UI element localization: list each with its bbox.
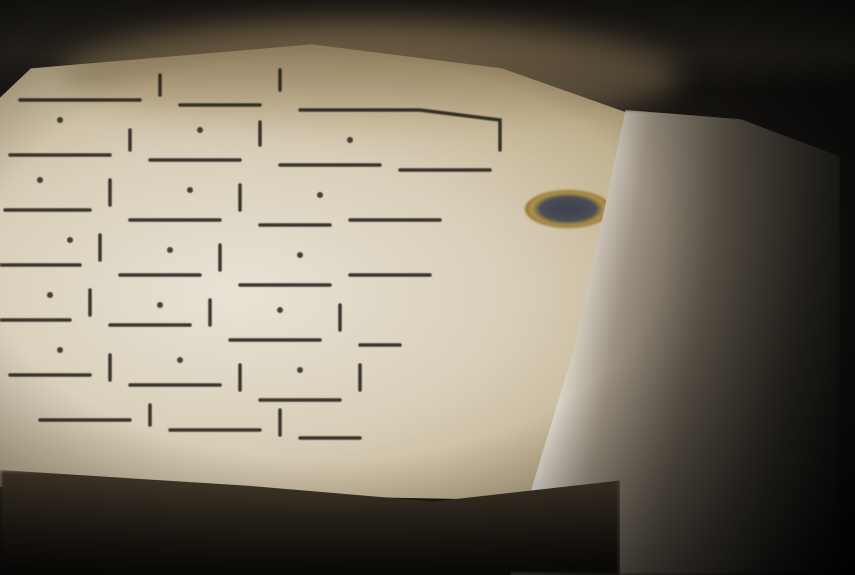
manuscript-photo: Ancient manuscript page with Kufic Arabi… [0, 0, 855, 575]
kufic-script-lines [0, 60, 520, 440]
gilt-verse-medallion-icon [525, 190, 611, 228]
